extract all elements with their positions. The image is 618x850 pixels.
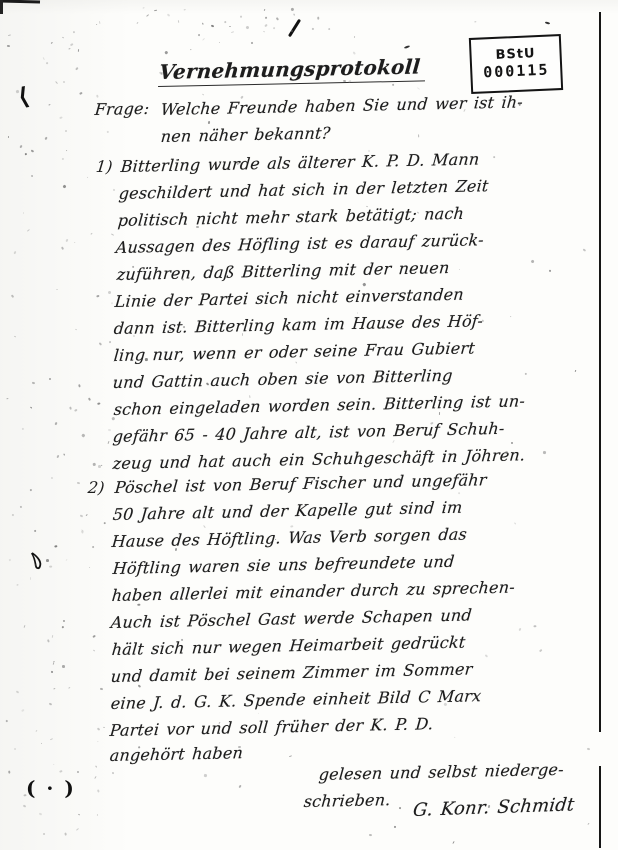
handwriting-line: Bitterling wurde als älterer K. P. D. Ma… <box>120 149 480 176</box>
handwriting-line: schon eingeladen worden sein. Bitterling… <box>113 391 526 419</box>
margin-mark-middle: ﹆ <box>22 543 49 576</box>
handwriting-line: Partei vor und soll früher der K. P. D. <box>109 714 434 740</box>
ink-speck <box>404 45 410 49</box>
handwriting-line: haben allerlei mit einander durch zu spr… <box>111 578 516 605</box>
handwriting-line: dann ist. Bitterling kam im Hause des Hö… <box>113 311 484 338</box>
handwriting-line: Hause des Höftling. Was Verb sorgen das <box>111 525 468 551</box>
scan-edge-top <box>0 0 40 4</box>
handwriting-line: gefähr 65 - 40 Jahre alt, ist von Beruf … <box>112 419 505 446</box>
paragraph-2-marker: 2) <box>87 478 105 497</box>
scan-line-right-lower <box>599 766 601 848</box>
handwriting-line: 50 Jahre alt und der Kapelle gut sind im <box>112 498 463 524</box>
archive-stamp: BStU 000115 <box>469 34 563 94</box>
handwriting-line: Auch ist Pöschel Gast werde Schapen und <box>110 605 473 632</box>
question-label: Frage: <box>94 99 150 119</box>
handwriting-line: und Gattin auch oben sie von Bitterling <box>112 366 453 392</box>
handwriting-line: Linie der Partei sich nicht einverstande… <box>114 285 465 311</box>
handwriting-line: angehört haben <box>109 743 244 765</box>
signature: G. Konr. Schmidt <box>412 794 576 821</box>
handwriting-line: eine J. d. G. K. Spende einheit Bild C M… <box>110 686 482 713</box>
handwriting-line: Aussagen des Höfling ist es darauf zurüc… <box>115 230 485 257</box>
stamp-page-number: 000115 <box>483 61 550 82</box>
scanned-page: ⟨ ﹆ ( · ) BStU 000115 Vernehmungsprotoko… <box>0 0 618 850</box>
closing-line: schrieben. <box>303 790 391 811</box>
paragraph-1-marker: 1) <box>95 157 113 176</box>
handwriting-line: zuführen, daß Bitterling mit der neuen <box>116 258 450 284</box>
ink-speck <box>545 21 550 24</box>
handwriting-line: Pöschel ist von Beruf Fischer und ungefä… <box>114 470 487 497</box>
scan-edge-left <box>0 0 3 14</box>
handwriting-line: Höftling waren sie uns befreundete und <box>112 552 455 578</box>
handwriting-line: politisch nicht mehr stark betätigt; nac… <box>117 204 465 230</box>
question-line: Welche Freunde haben Sie und wer ist ih- <box>160 92 524 119</box>
margin-mark-lower: ( · ) <box>26 776 76 800</box>
handwriting-line: zeug und hat auch ein Schuhgeschäft in J… <box>112 445 526 473</box>
ink-slash-mark <box>288 19 301 38</box>
question-line: nen näher bekannt? <box>160 123 331 146</box>
document-title: Vernehmungsprotokoll <box>158 54 427 87</box>
handwriting-line: und damit bei seinem Zimmer im Sommer <box>110 659 473 686</box>
handwriting-line: geschildert und hat sich in der letzten … <box>118 176 489 203</box>
scan-line-right-upper <box>599 12 601 732</box>
handwriting-line: hält sich nur wegen Heimarbeit gedrückt <box>111 633 466 659</box>
margin-mark-upper: ⟨ <box>15 81 29 111</box>
